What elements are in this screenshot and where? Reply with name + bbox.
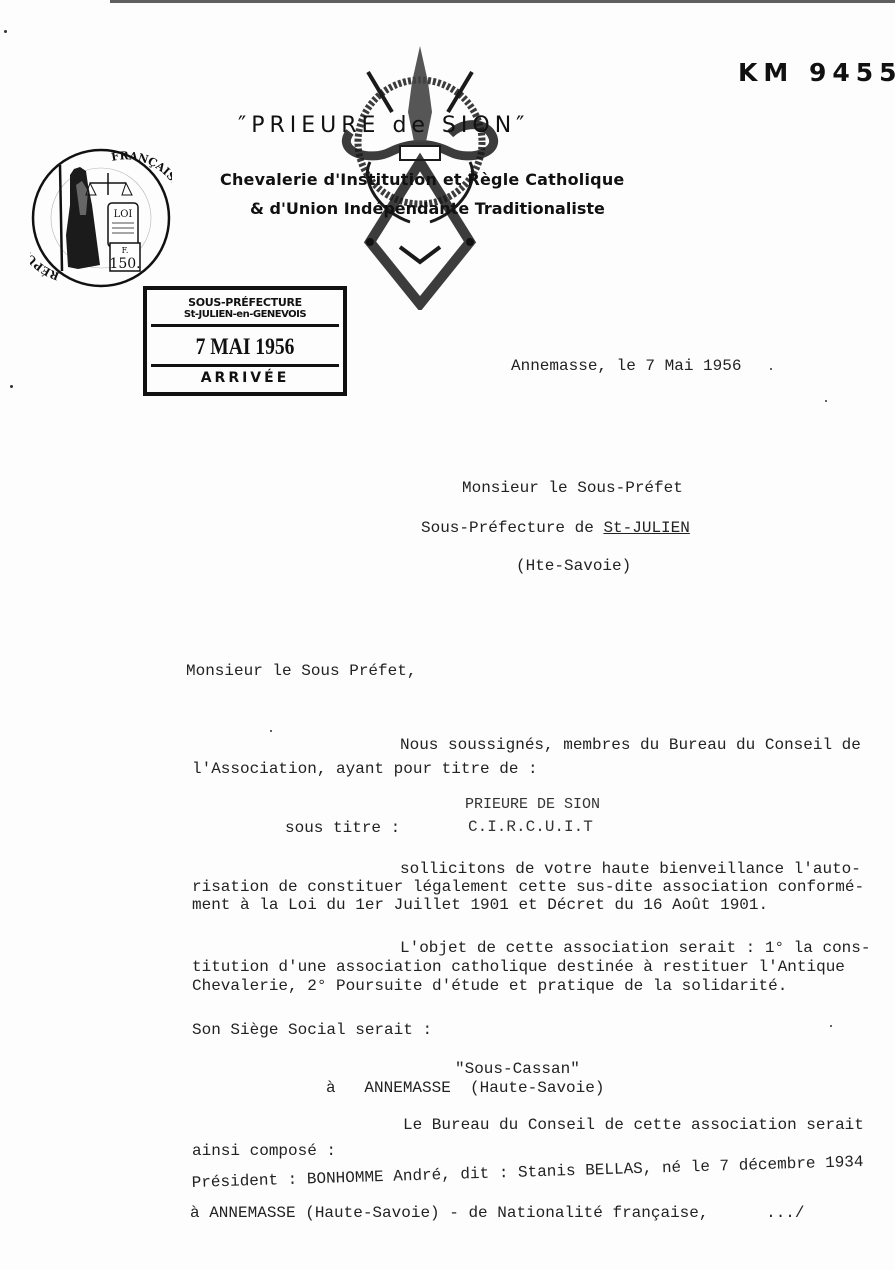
scan-speck <box>770 368 772 370</box>
body-text: L'objet de cette association serait : 1°… <box>400 939 870 957</box>
arrival-stamp: SOUS-PRÉFECTURE St-JULIEN-en-GENEVOIS 7 … <box>143 286 347 396</box>
dateline: Annemasse, le 7 Mai 1956 <box>511 357 741 375</box>
body-text: titution d'une association catholique de… <box>192 958 845 976</box>
subtitle-value: C.I.R.C.U.I.T <box>468 818 593 836</box>
letterhead-subtitle-line1: Chevalerie d'Institution et Règle Cathol… <box>220 170 624 189</box>
scan-speck <box>825 400 827 402</box>
subtitle-label: sous titre : <box>285 819 400 837</box>
stamp-status: ARRIVÉE <box>147 370 343 386</box>
seal-tablet-text: LOI <box>114 209 133 220</box>
scan-speck <box>270 730 272 732</box>
body-text: l'Association, ayant pour titre de : <box>192 760 538 778</box>
stamp-divider <box>151 364 339 367</box>
scan-speck <box>4 30 7 33</box>
seal-ring-left-text: RÉPUBLIQUE <box>30 205 61 282</box>
body-text: risation de constituer légalement cette … <box>192 878 864 896</box>
stamp-divider <box>151 324 339 327</box>
scan-speck <box>10 385 13 388</box>
reference-number: KM 94550 <box>738 58 895 87</box>
recipient-region: (Hte-Savoie) <box>516 557 631 575</box>
recipient-office: Sous-Préfecture de St-JULIEN <box>421 519 690 537</box>
svg-text:FRANÇAISE: FRANÇAISE <box>110 149 172 190</box>
body-text: Chevalerie, 2° Poursuite d'étude et prat… <box>192 977 787 995</box>
document-page: KM 94550 RÉPUBLIQUE FRANÇAISE LOI F. 150… <box>0 0 895 1270</box>
body-text: à ANNEMASSE (Haute-Savoie) - de National… <box>190 1204 805 1222</box>
address-line: à ANNEMASSE (Haute-Savoie) <box>326 1079 604 1097</box>
stamp-town: St-JULIEN-en-GENEVOIS <box>147 309 343 320</box>
letterhead-title: ″PRIEURE de SION″ <box>238 113 529 138</box>
svg-text:RÉPUBLIQUE: RÉPUBLIQUE <box>30 205 61 282</box>
address-line: "Sous-Cassan" <box>455 1060 580 1078</box>
body-text: Le Bureau du Conseil de cette associatio… <box>403 1116 864 1134</box>
letterhead-subtitle-line2: & d'Union Indépendante Traditionaliste <box>250 199 605 218</box>
body-text: ainsi composé : <box>192 1142 336 1160</box>
salutation: Monsieur le Sous Préfet, <box>186 662 416 680</box>
scan-edge <box>110 0 895 3</box>
body-text: Nous soussignés, membres du Bureau du Co… <box>400 736 861 754</box>
seal-ring-right-text: FRANÇAISE <box>110 149 172 190</box>
recipient-office-place: St-JULIEN <box>603 519 689 537</box>
body-text: ment à la Loi du 1er Juillet 1901 et Déc… <box>192 896 768 914</box>
recipient-office-prefix: Sous-Préfecture de <box>421 519 603 537</box>
stamp-date: 7 MAI 1956 <box>162 334 329 360</box>
stamp-office: SOUS-PRÉFECTURE <box>147 296 343 309</box>
seal-value: 150. <box>109 256 140 272</box>
seal-value-label: F. <box>122 246 129 255</box>
body-text: sollicitons de votre haute bienveillance… <box>400 860 861 878</box>
scan-speck <box>830 1025 832 1027</box>
association-name: PRIEURE DE SION <box>465 796 600 813</box>
recipient-title: Monsieur le Sous-Préfet <box>462 479 683 497</box>
body-text: Son Siège Social serait : <box>192 1021 432 1039</box>
marianne-seal-icon: RÉPUBLIQUE FRANÇAISE LOI F. 150. <box>30 145 172 291</box>
